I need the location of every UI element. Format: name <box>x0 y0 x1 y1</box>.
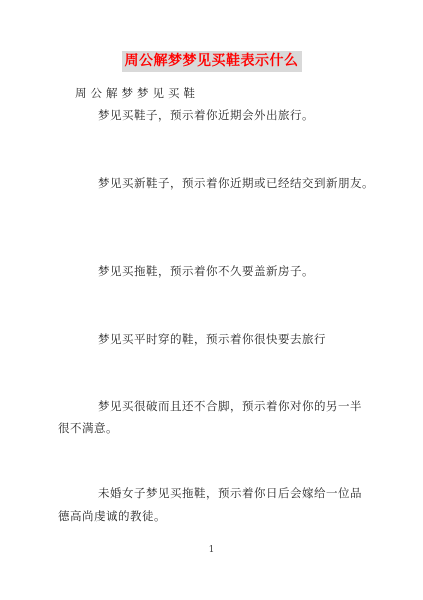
document-page: 周公解梦梦见买鞋表示什么 周公解梦梦见买鞋 梦见买鞋子，预示着你近期会外出旅行。… <box>0 0 423 600</box>
document-title: 周公解梦梦见买鞋表示什么 <box>0 50 423 72</box>
paragraph-line: 很不满意。 <box>58 422 118 436</box>
section-heading: 周公解梦梦见买鞋 <box>75 87 199 101</box>
paragraph-line: 梦见买鞋子，预示着你近期会外出旅行。 <box>98 109 314 123</box>
paragraph-line: 梦见买很破而且还不合脚，预示着你对你的另一半 <box>98 400 362 414</box>
paragraph-line: 梦见买拖鞋，预示着你不久要盖新房子。 <box>98 265 314 279</box>
paragraph-line: 梦见买平时穿的鞋，预示着你很快要去旅行 <box>98 333 326 347</box>
paragraph-line: 德高尚虔诚的教徒。 <box>58 510 166 524</box>
document-title-text: 周公解梦梦见买鞋表示什么 <box>122 51 302 72</box>
paragraph-line: 未婚女子梦见买拖鞋，预示着你日后会嫁给一位品 <box>98 487 362 501</box>
paragraph-line: 梦见买新鞋子，预示着你近期或已经结交到新朋友。 <box>98 177 374 191</box>
page-number: 1 <box>0 545 423 555</box>
